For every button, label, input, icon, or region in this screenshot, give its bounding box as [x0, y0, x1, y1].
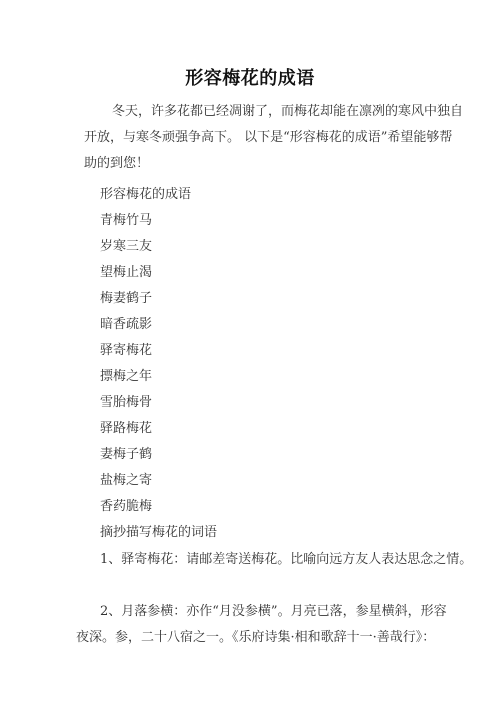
entry-2-line-1: 2、月落参横：亦作“月没参横”。月亮已落，参星横斜，形容 [100, 600, 447, 619]
intro-line-3: 助的到您！ [84, 152, 149, 171]
idiom-item: 妻梅子鹤 [100, 443, 152, 462]
excerpt-heading: 摘抄描写梅花的词语 [100, 521, 217, 540]
entry-2-line-2: 夜深。参，二十八宿之一。《乐府诗集·相和歌辞十一·善哉行》： [76, 626, 435, 645]
idiom-item: 盐梅之寄 [100, 469, 152, 488]
idiom-heading: 形容梅花的成语 [100, 183, 191, 202]
idiom-item: 雪胎梅骨 [100, 391, 152, 410]
idiom-item: 梅妻鹤子 [100, 287, 152, 306]
entry-1-line-1: 1、驿寄梅花：请邮差寄送梅花。比喻向远方友人表达思念之情。 [100, 548, 472, 567]
idiom-item: 驿寄梅花 [100, 339, 152, 358]
idiom-item: 香药脆梅 [100, 495, 152, 514]
idiom-item: 暗香疏影 [100, 313, 152, 332]
document-page: 形容梅花的成语 冬天，许多花都已经凋谢了，而梅花却能在凛冽的寒风中独自 开放，与… [0, 0, 500, 708]
intro-line-2: 开放，与寒冬顽强争高下。 以下是“形容梅花的成语”希望能够帮 [84, 126, 452, 145]
idiom-item: 青梅竹马 [100, 209, 152, 228]
intro-line-1: 冬天，许多花都已经凋谢了，而梅花却能在凛冽的寒风中独自 [112, 100, 463, 119]
idiom-item: 驿路梅花 [100, 417, 152, 436]
document-title: 形容梅花的成语 [0, 64, 500, 90]
idiom-item: 岁寒三友 [100, 235, 152, 254]
idiom-item: 摽梅之年 [100, 365, 152, 384]
idiom-item: 望梅止渴 [100, 261, 152, 280]
